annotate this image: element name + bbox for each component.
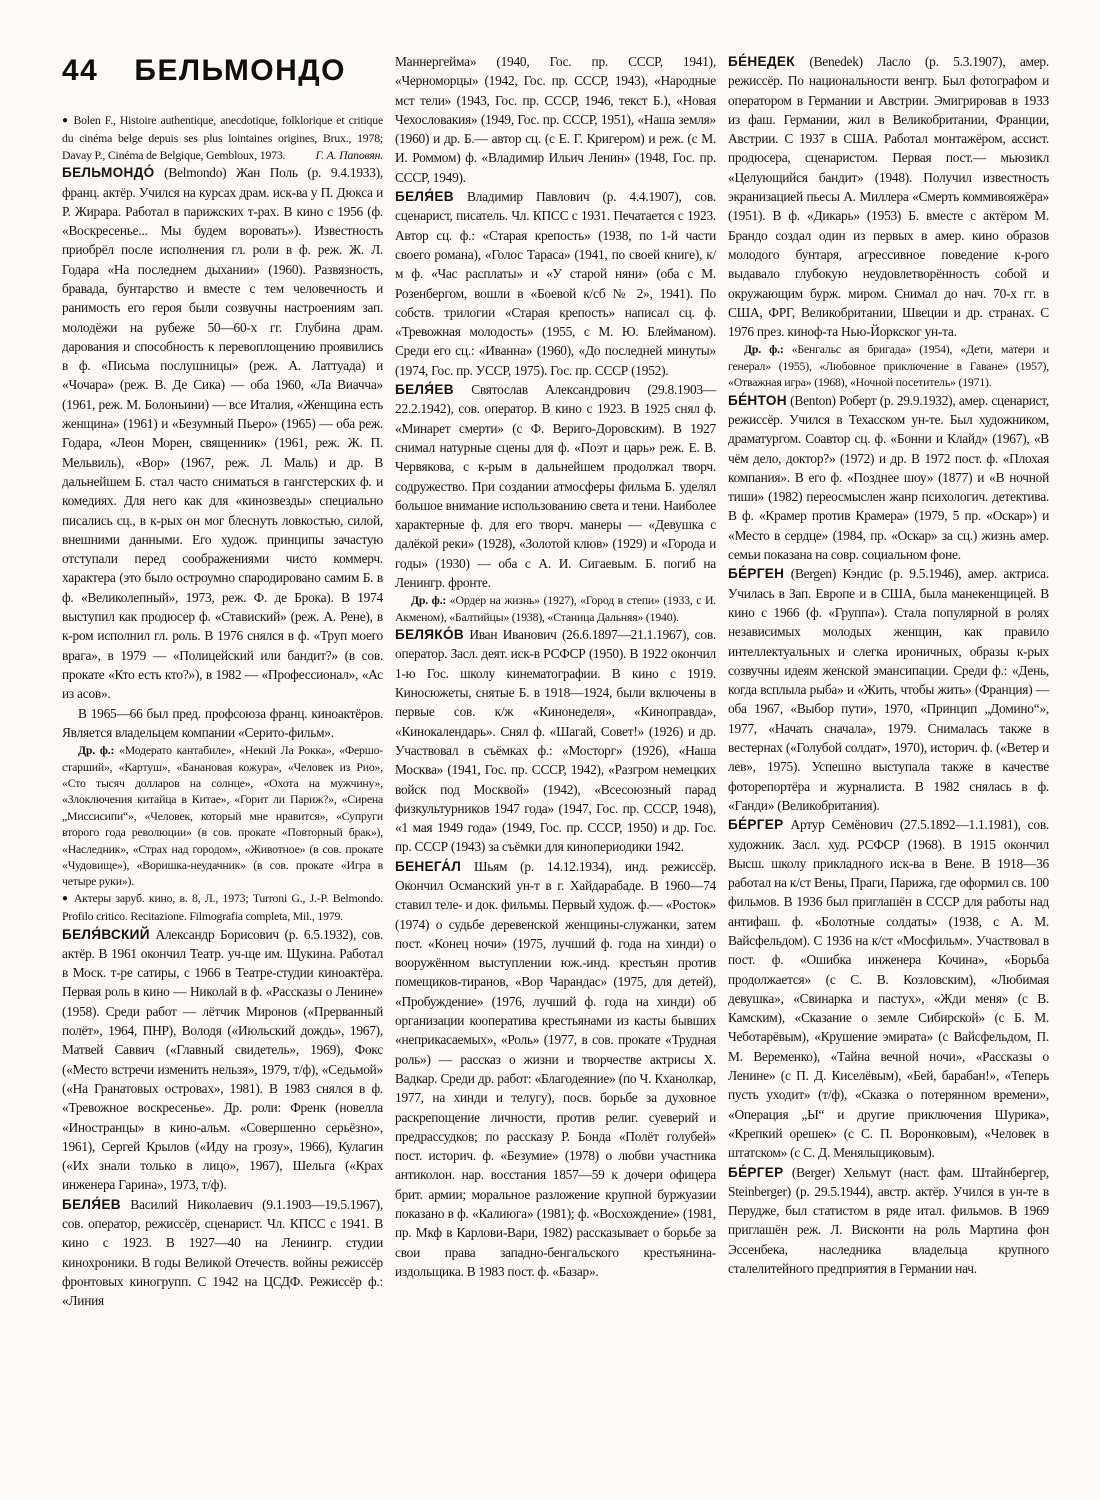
entry-text: (Benedek) Ласло (р. 5.3.1907), амер. реж… <box>728 54 1049 339</box>
bullet-icon: ● <box>62 115 69 126</box>
entry-headword: БЕЛЯ́ЕВ <box>395 189 454 204</box>
entry-headword: БЕ́РГЕР <box>728 817 784 832</box>
entry-belyaev-vladimir: БЕЛЯ́ЕВ Владимир Павлович (р. 4.4.1907),… <box>395 187 716 380</box>
entry-text: Святослав Александрович (29.8.1903—22.2.… <box>395 382 716 590</box>
filmography-benedek: Др. ф.: «Бенгальс ая бригада» (1954), «Д… <box>728 341 1049 390</box>
bullet-icon: ● <box>62 893 69 904</box>
running-head: БЕЛЬМОНДО <box>134 54 346 88</box>
entry-headword: БЕНЕГА́Л <box>395 859 461 874</box>
entry-bergen: БЕ́РГЕН (Bergen) Кэндис (р. 9.5.1946), а… <box>728 564 1049 815</box>
entry-berger-helmut: БЕ́РГЕР (Berger) Хельмут (наст. фам. Шта… <box>728 1163 1049 1279</box>
entry-benedek: БЕ́НЕДЕК (Benedek) Ласло (р. 5.3.1907), … <box>728 52 1049 341</box>
entry-headword: БЕЛЬМОНДО́ <box>62 165 154 180</box>
entry-belyakov: БЕЛЯКО́В Иван Иванович (26.6.1897—21.1.1… <box>395 625 716 857</box>
entry-belyaev-svyatoslav: БЕЛЯ́ЕВ Святослав Александрович (29.8.19… <box>395 380 716 592</box>
masthead: 44 БЕЛЬМОНДО <box>62 54 383 88</box>
entry-belmondo-paragraph: В 1965—66 был пред. профсоюза франц. кин… <box>62 704 383 743</box>
author-signature: Г. А. Паповян. <box>316 147 384 163</box>
entry-text: Александр Борисович (р. 6.5.1932), сов. … <box>62 927 383 1193</box>
filmography-label: Др. ф.: <box>744 342 784 356</box>
filmography-label: Др. ф.: <box>78 743 114 757</box>
filmography-belyaev-svyatoslav: Др. ф.: «Ордер на жизнь» (1927), «Город … <box>395 592 716 625</box>
encyclopedia-page: 44 БЕЛЬМОНДО ● Bolen F., Histoire authen… <box>0 0 1100 1500</box>
entry-text: Артур Семёнович (27.5.1892—1.1.1981), со… <box>728 817 1049 1160</box>
entry-benegal: БЕНЕГА́Л Шьям (р. 14.12.1934), инд. режи… <box>395 857 716 1282</box>
entry-belyaev-vasily-continuation: Маннергейма» (1940, Гос. пр. СССР, 1941)… <box>395 52 716 187</box>
entry-berger-artur: БЕ́РГЕР Артур Семёнович (27.5.1892—1.1.1… <box>728 815 1049 1162</box>
entry-headword: БЕ́НТОН <box>728 393 787 408</box>
entry-headword: БЕЛЯКО́В <box>395 627 464 642</box>
entry-headword: БЕЛЯ́ВСКИЙ <box>62 927 150 942</box>
entry-text: Владимир Павлович (р. 4.4.1907), сов. сц… <box>395 189 716 378</box>
bibliography-text: Актеры заруб. кино, в. 8, Л., 1973; Turr… <box>62 891 383 923</box>
entry-text: (Benton) Роберт (р. 29.9.1932), амер. сц… <box>728 393 1049 562</box>
entry-headword: БЕ́РГЕН <box>728 566 784 581</box>
entry-text: Василий Николаевич (9.1.1903—19.5.1967),… <box>62 1197 383 1308</box>
column-1: 44 БЕЛЬМОНДО ● Bolen F., Histoire authen… <box>62 52 383 1311</box>
entry-headword: БЕЛЯ́ЕВ <box>395 382 454 397</box>
entry-text: (Berger) Хельмут (наст. фам. Штайнбергер… <box>728 1165 1049 1276</box>
entry-headword: БЕЛЯ́ЕВ <box>62 1197 121 1212</box>
page-number: 44 <box>62 54 98 88</box>
entry-belyaev-vasily: БЕЛЯ́ЕВ Василий Николаевич (9.1.1903—19.… <box>62 1195 383 1311</box>
entry-headword: БЕ́РГЕР <box>728 1165 784 1180</box>
column-3: БЕ́НЕДЕК (Benedek) Ласло (р. 5.3.1907), … <box>728 52 1049 1311</box>
bibliography-note: ● Bolen F., Histoire authentique, anecdo… <box>62 112 383 163</box>
entry-headword: БЕ́НЕДЕК <box>728 54 795 69</box>
entry-text: Иван Иванович (26.6.1897—21.1.1967), сов… <box>395 627 716 854</box>
filmography-label: Др. ф.: <box>411 593 446 607</box>
entry-benton: БЕ́НТОН (Benton) Роберт (р. 29.9.1932), … <box>728 391 1049 565</box>
entry-text: (Belmondo) Жан Поль (р. 9.4.1933), франц… <box>62 165 383 701</box>
filmography-text: «Модерато кантабиле», «Некий Ла Рокка», … <box>62 743 383 888</box>
column-layout: 44 БЕЛЬМОНДО ● Bolen F., Histoire authen… <box>62 52 1050 1311</box>
entry-text: (Bergen) Кэндис (р. 9.5.1946), амер. акт… <box>728 566 1049 813</box>
entry-belmondo: БЕЛЬМОНДО́ (Belmondo) Жан Поль (р. 9.4.1… <box>62 163 383 703</box>
bibliography-note-2: ● Актеры заруб. кино, в. 8, Л., 1973; Tu… <box>62 890 383 925</box>
entry-text: Шьям (р. 14.12.1934), инд. режиссёр. Око… <box>395 859 716 1279</box>
column-2: Маннергейма» (1940, Гос. пр. СССР, 1941)… <box>395 52 716 1311</box>
entry-belyavsky: БЕЛЯ́ВСКИЙ Александр Борисович (р. 6.5.1… <box>62 925 383 1195</box>
filmography-belmondo: Др. ф.: «Модерато кантабиле», «Некий Ла … <box>62 742 383 890</box>
